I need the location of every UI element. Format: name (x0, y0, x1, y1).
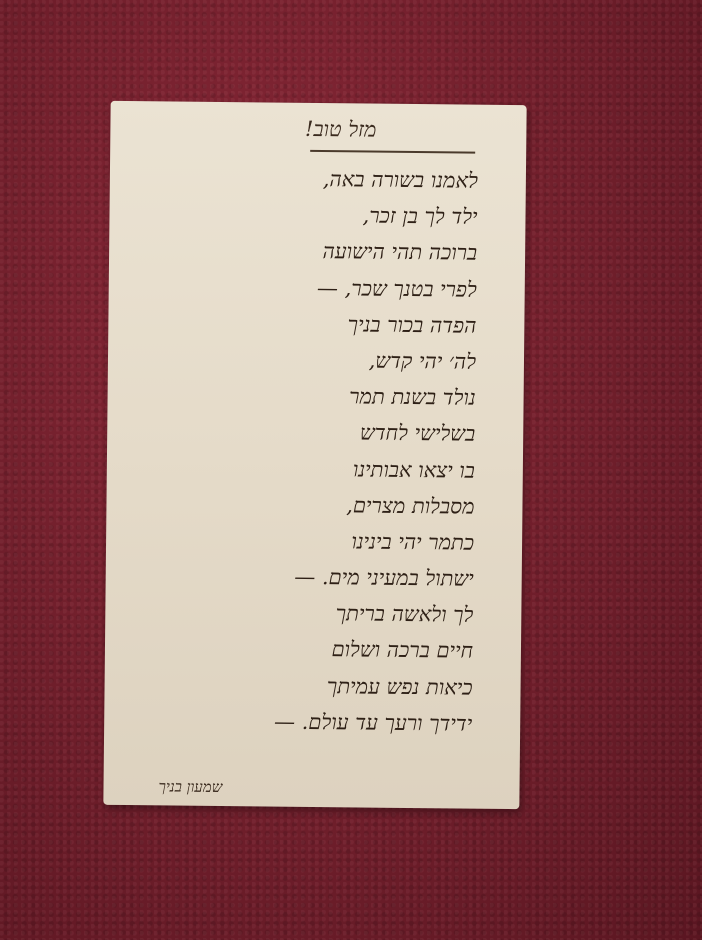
poem-line: בשלישי לחדש (175, 413, 475, 452)
poem-line: ברוכה תהי הישועה (177, 232, 477, 271)
poem-line: חיים ברכה ושלום (173, 630, 473, 669)
poem-line: לפרי בטנך שכר, — (177, 268, 477, 307)
signature: שמעון בניך (158, 777, 222, 797)
poem-line: לה׳ יהי קדש, (176, 340, 476, 379)
poem-line: ילד לך בן זכר, (177, 196, 477, 235)
poem-line: ידידך ורעך עד עולם. — (172, 702, 472, 741)
poem-line: הפדה בכור בניך (176, 304, 476, 343)
title-underline (310, 150, 475, 154)
poem-line: מסבלות מצרים, (174, 485, 474, 524)
card-title: מזל טוב! (305, 117, 377, 143)
poem-line: כיאות נפש עמיתך (172, 666, 472, 705)
poem-line: כתמר יהי בינינו (174, 521, 474, 560)
poem-line: נולד בשנת תמר (175, 377, 475, 416)
poem-line: לך ולאשה בריתך (173, 594, 473, 633)
poem-body: לאמנו בשורה באה, ילד לך בן זכר, ברוכה תה… (172, 160, 478, 742)
poem-line: בו יצאו אבותינו (175, 449, 475, 488)
greeting-card: מזל טוב! לאמנו בשורה באה, ילד לך בן זכר,… (103, 101, 526, 809)
poem-line: ישתול במעיני מים. — (174, 558, 474, 597)
poem-line: לאמנו בשורה באה, (178, 160, 478, 199)
